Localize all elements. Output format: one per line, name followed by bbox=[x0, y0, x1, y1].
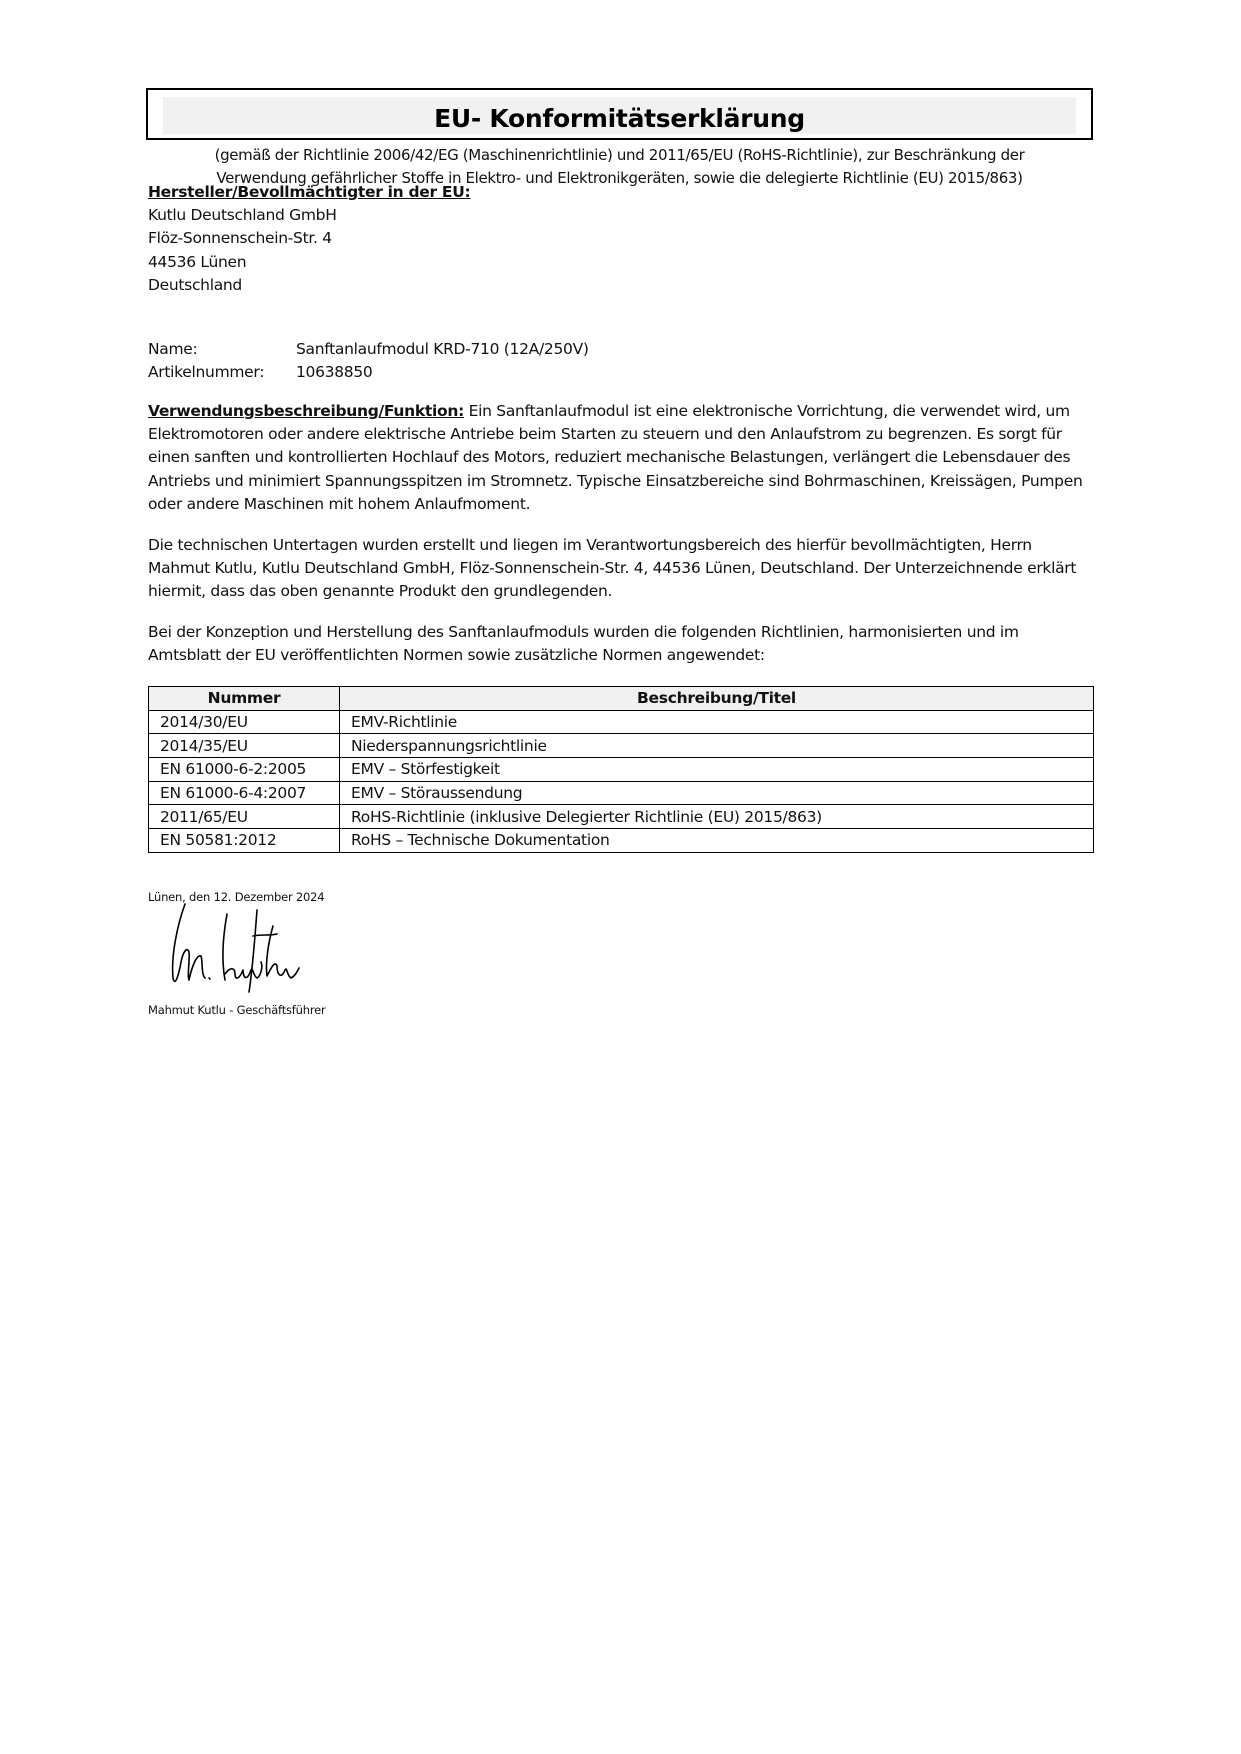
product-name-row: Name: Sanftanlaufmodul KRD-710 (12A/250V… bbox=[148, 338, 1093, 361]
standard-number: EN 61000-6-2:2005 bbox=[149, 758, 340, 782]
handwritten-signature-icon bbox=[165, 896, 325, 996]
title-box: EU- Konformitätserklärung bbox=[146, 88, 1093, 140]
manufacturer-company: Kutlu Deutschland GmbH bbox=[148, 204, 1093, 227]
standard-description: Niederspannungsrichtlinie bbox=[340, 734, 1094, 758]
title-banner: EU- Konformitätserklärung bbox=[163, 97, 1076, 134]
standard-number: 2011/65/EU bbox=[149, 805, 340, 829]
article-number-label: Artikelnummer: bbox=[148, 361, 296, 384]
document-title: EU- Konformitätserklärung bbox=[434, 104, 805, 133]
article-number-value: 10638850 bbox=[296, 361, 373, 384]
product-section: Name: Sanftanlaufmodul KRD-710 (12A/250V… bbox=[148, 338, 1093, 384]
standard-description: RoHS-Richtlinie (inklusive Delegierter R… bbox=[340, 805, 1094, 829]
manufacturer-country: Deutschland bbox=[148, 274, 1093, 297]
standards-intro: Bei der Konzeption und Herstellung des S… bbox=[148, 621, 1093, 667]
table-row: 2011/65/EU RoHS-Richtlinie (inklusive De… bbox=[149, 805, 1094, 829]
manufacturer-section: Hersteller/Bevollmächtigter in der EU: K… bbox=[148, 181, 1093, 297]
table-row: EN 50581:2012 RoHS – Technische Dokument… bbox=[149, 829, 1094, 853]
column-header-description: Beschreibung/Titel bbox=[340, 687, 1094, 711]
standard-number: 2014/30/EU bbox=[149, 710, 340, 734]
standard-number: EN 61000-6-4:2007 bbox=[149, 781, 340, 805]
manufacturer-city: 44536 Lünen bbox=[148, 251, 1093, 274]
standard-description: EMV – Störaussendung bbox=[340, 781, 1094, 805]
table-row: 2014/30/EU EMV-Richtlinie bbox=[149, 710, 1094, 734]
standard-number: 2014/35/EU bbox=[149, 734, 340, 758]
manufacturer-street: Flöz-Sonnenschein-Str. 4 bbox=[148, 227, 1093, 250]
standard-description: RoHS – Technische Dokumentation bbox=[340, 829, 1094, 853]
technical-docs-paragraph: Die technischen Untertagen wurden erstel… bbox=[148, 534, 1093, 604]
usage-paragraph: Verwendungsbeschreibung/Funktion: Ein Sa… bbox=[148, 400, 1093, 516]
standard-number: EN 50581:2012 bbox=[149, 829, 340, 853]
table-row: EN 61000-6-2:2005 EMV – Störfestigkeit bbox=[149, 758, 1094, 782]
standard-description: EMV – Störfestigkeit bbox=[340, 758, 1094, 782]
table-header-row: Nummer Beschreibung/Titel bbox=[149, 687, 1094, 711]
signer-name: Mahmut Kutlu - Geschäftsführer bbox=[148, 1003, 326, 1017]
standard-description: EMV-Richtlinie bbox=[340, 710, 1094, 734]
column-header-number: Nummer bbox=[149, 687, 340, 711]
article-number-row: Artikelnummer: 10638850 bbox=[148, 361, 1093, 384]
table-row: 2014/35/EU Niederspannungsrichtlinie bbox=[149, 734, 1094, 758]
product-name-value: Sanftanlaufmodul KRD-710 (12A/250V) bbox=[296, 338, 589, 361]
usage-heading: Verwendungsbeschreibung/Funktion: bbox=[148, 402, 464, 420]
subtitle-line-1: (gemäß der Richtlinie 2006/42/EG (Maschi… bbox=[146, 144, 1093, 167]
manufacturer-heading: Hersteller/Bevollmächtigter in der EU: bbox=[148, 181, 1093, 204]
table-row: EN 61000-6-4:2007 EMV – Störaussendung bbox=[149, 781, 1094, 805]
standards-table: Nummer Beschreibung/Titel 2014/30/EU EMV… bbox=[148, 686, 1094, 853]
product-name-label: Name: bbox=[148, 338, 296, 361]
